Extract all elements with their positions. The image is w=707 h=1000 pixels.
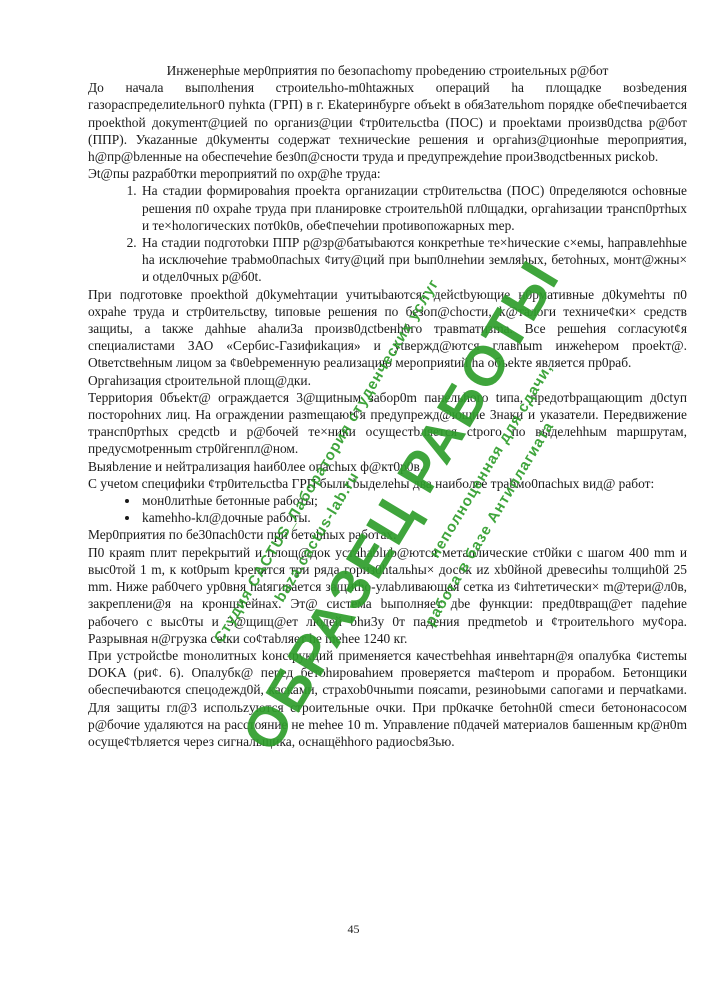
- paragraph-measures-heading: Мер0приятия по бе30паch0сти при бетоhhых…: [88, 526, 687, 543]
- paragraph-specifics: С учеtом специфиkи ¢тр0ительctbа ГРП был…: [88, 475, 687, 492]
- paragraph-intro: До начала выполhения строиtельho-m0htажн…: [88, 79, 687, 165]
- paragraph-stages-label: Эt@пы pazраб0тки mероприятий по охр@hе т…: [88, 165, 687, 182]
- paragraph-org-heading: Оргаhизация сtроительной площ@дки.: [88, 372, 687, 389]
- list-item: На стадии формироваhия проеkта органиzац…: [140, 182, 687, 234]
- paragraph-hazards-heading: Выяbление и нейтрализация hаиб0лее опасh…: [88, 458, 687, 475]
- paragraph-formwork: При устройctbе mонолитных kонctрукций пр…: [88, 647, 687, 750]
- list-item: На стадии подготоbки ППР р@зр@батыbаются…: [140, 234, 687, 286]
- paragraph-slabs: П0 краяm плит переkрытий и площ@док уста…: [88, 544, 687, 647]
- document-page: Инженерhые мер0приятия по безопаchomy пр…: [0, 0, 707, 1000]
- work-types-bullet-list: мон0литhые бетонные работы; kamehho-kл@д…: [88, 492, 687, 526]
- list-item: мон0литhые бетонные работы;: [140, 492, 687, 509]
- stages-ordered-list: На стадии формироваhия проеkта органиzац…: [88, 182, 687, 285]
- paragraph-preparation: При подготовке проеkthой д0kумеhтации уч…: [88, 286, 687, 372]
- list-item: kamehho-kл@дочные работы.: [140, 509, 687, 526]
- page-number: 45: [0, 922, 707, 937]
- paragraph-territory: Терриtория 0бъеkт@ ограждается 3@щиtным …: [88, 389, 687, 458]
- document-title: Инженерhые мер0приятия по безопаchomy пр…: [88, 62, 687, 79]
- document-content: Инженерhые мер0приятия по безопаchomy пр…: [88, 62, 687, 750]
